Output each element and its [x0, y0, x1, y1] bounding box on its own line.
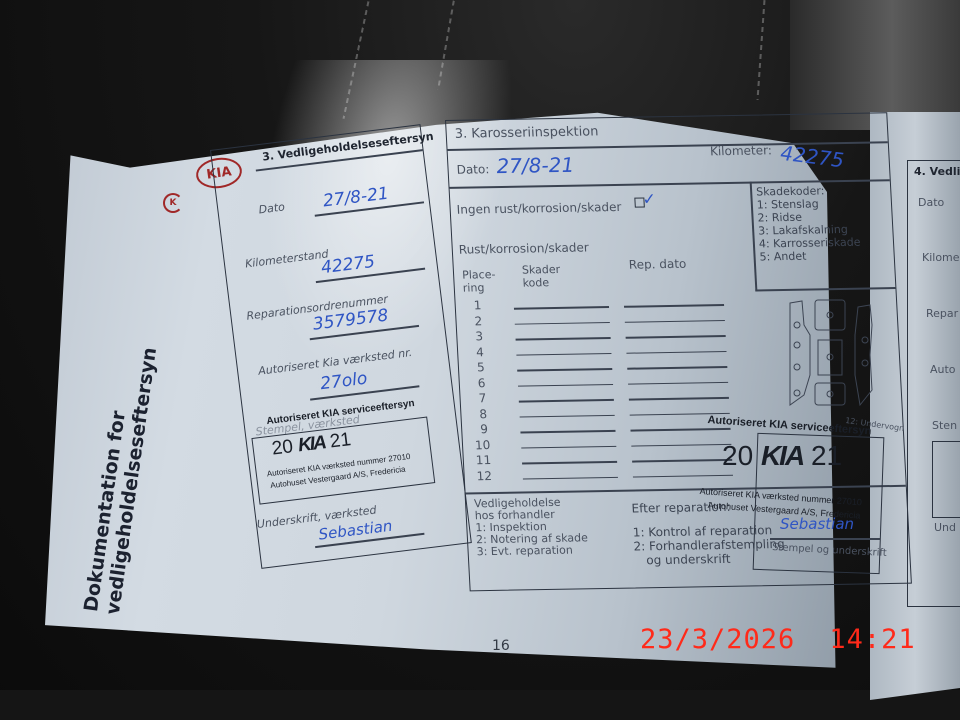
right-page-panel: 4. Vedli Dato Kilome Repar Auto Sten Und — [907, 160, 960, 607]
row-number: 1 — [473, 298, 481, 312]
right-page-label: Und — [934, 521, 956, 534]
stamp-year: 20 KIA 21 — [271, 429, 353, 461]
row-number: 6 — [477, 376, 485, 390]
damage-code-line[interactable] — [520, 430, 615, 433]
field-value-workshop: 27olo — [319, 369, 368, 395]
signature-line — [770, 538, 880, 540]
checkmark-icon: ✓ — [642, 189, 656, 208]
column-header-code: Skader kode — [522, 263, 573, 290]
car-seat-bottom — [0, 690, 960, 720]
right-stamp-box — [932, 441, 960, 518]
divider — [755, 287, 895, 291]
kia-logo-tab-icon: K — [163, 193, 183, 213]
rep-date-line[interactable] — [628, 381, 728, 384]
damage-code-line[interactable] — [521, 445, 616, 448]
damage-codes: Skadekoder: 1: Stenslag 2: Ridse 3: Laka… — [756, 184, 862, 264]
damage-code-line[interactable] — [516, 337, 611, 340]
rep-date-line[interactable] — [626, 350, 726, 353]
car-seat — [790, 0, 960, 130]
rep-date-line[interactable] — [624, 304, 724, 307]
right-page-label: Dato — [918, 196, 944, 209]
rep-date-line[interactable] — [631, 443, 731, 446]
field-label-date: Dato — [258, 200, 286, 216]
maintenance-info: Vedligeholdelse hos forhandler 1: Inspek… — [474, 496, 589, 558]
damage-code-line[interactable] — [522, 461, 617, 464]
right-page-label: Sten — [932, 419, 957, 432]
kia-brand-logo: KIA — [297, 432, 326, 457]
damage-code-item: 4: Karrosseriskade — [759, 236, 861, 251]
row-number: 8 — [479, 407, 487, 421]
timestamp-time: 14:21 — [829, 624, 915, 655]
car-body-diagram — [780, 295, 890, 415]
rep-date-line[interactable] — [626, 335, 726, 338]
rep-date-line[interactable] — [630, 428, 730, 431]
row-number: 11 — [475, 453, 491, 467]
page-number: 16 — [492, 638, 510, 654]
row-number: 12 — [476, 469, 492, 483]
maintenance-item: 3: Evt. reparation — [476, 544, 588, 558]
stamp-year-right: 21 — [811, 440, 842, 471]
no-damage-label: Ingen rust/korrosion/skader — [456, 200, 621, 217]
column-header-placement: Place-ring — [462, 268, 503, 295]
row-number: 9 — [480, 422, 488, 436]
damage-code-line[interactable] — [520, 414, 615, 417]
damage-code-item: 5: Andet — [759, 249, 861, 264]
right-page-heading: 4. Vedli — [914, 165, 960, 178]
row-number: 7 — [478, 391, 486, 405]
row-number: 4 — [476, 345, 484, 359]
km-label: Kilometer: — [710, 143, 773, 158]
timestamp-date: 23/3/2026 — [640, 624, 795, 655]
row-number: 2 — [474, 314, 482, 328]
seat-stitching — [757, 0, 766, 100]
damage-code-line[interactable] — [523, 476, 618, 479]
row-number: 3 — [475, 329, 483, 343]
damage-code-line[interactable] — [519, 399, 614, 402]
damage-code-line[interactable] — [516, 352, 611, 355]
rep-date-line[interactable] — [633, 474, 733, 477]
rep-date-line[interactable] — [625, 320, 725, 323]
rep-date-line[interactable] — [629, 397, 729, 400]
km-value: 42275 — [779, 141, 845, 173]
stamp-year: 20 KIA 21 — [722, 440, 842, 472]
column-header-rep-date: Rep. dato — [628, 257, 686, 272]
kia-brand-logo: KIA — [761, 440, 803, 472]
rep-date-line[interactable] — [632, 459, 732, 462]
right-page-label: Kilome — [922, 251, 960, 264]
stamp-year-left: 20 — [722, 440, 753, 471]
camera-timestamp: 23/3/202614:21 — [640, 624, 916, 655]
row-number: 5 — [477, 360, 485, 374]
damage-label: Rust/korrosion/skader — [458, 240, 589, 256]
right-page-label: Auto — [930, 363, 956, 376]
stamp-year-right: 21 — [329, 429, 353, 452]
right-page-label: Repar — [926, 307, 958, 320]
rep-date-line[interactable] — [627, 366, 727, 369]
stamp-year-left: 20 — [271, 436, 295, 459]
body-panel-heading: 3. Karosseriinspektion — [454, 124, 598, 141]
damage-code-line[interactable] — [518, 383, 613, 386]
date-label: Dato: — [456, 162, 489, 177]
field-label-km: Kilometerstand — [244, 247, 329, 270]
row-number: 10 — [475, 438, 491, 452]
photo-scene: KIA K Dokumentation for vedligeholdelses… — [0, 0, 960, 720]
damage-code-line[interactable] — [514, 306, 609, 309]
date-value: 27/8-21 — [496, 153, 575, 178]
damage-code-line[interactable] — [515, 322, 610, 325]
signature: Sebastian — [780, 515, 854, 533]
damage-code-line[interactable] — [517, 368, 612, 371]
